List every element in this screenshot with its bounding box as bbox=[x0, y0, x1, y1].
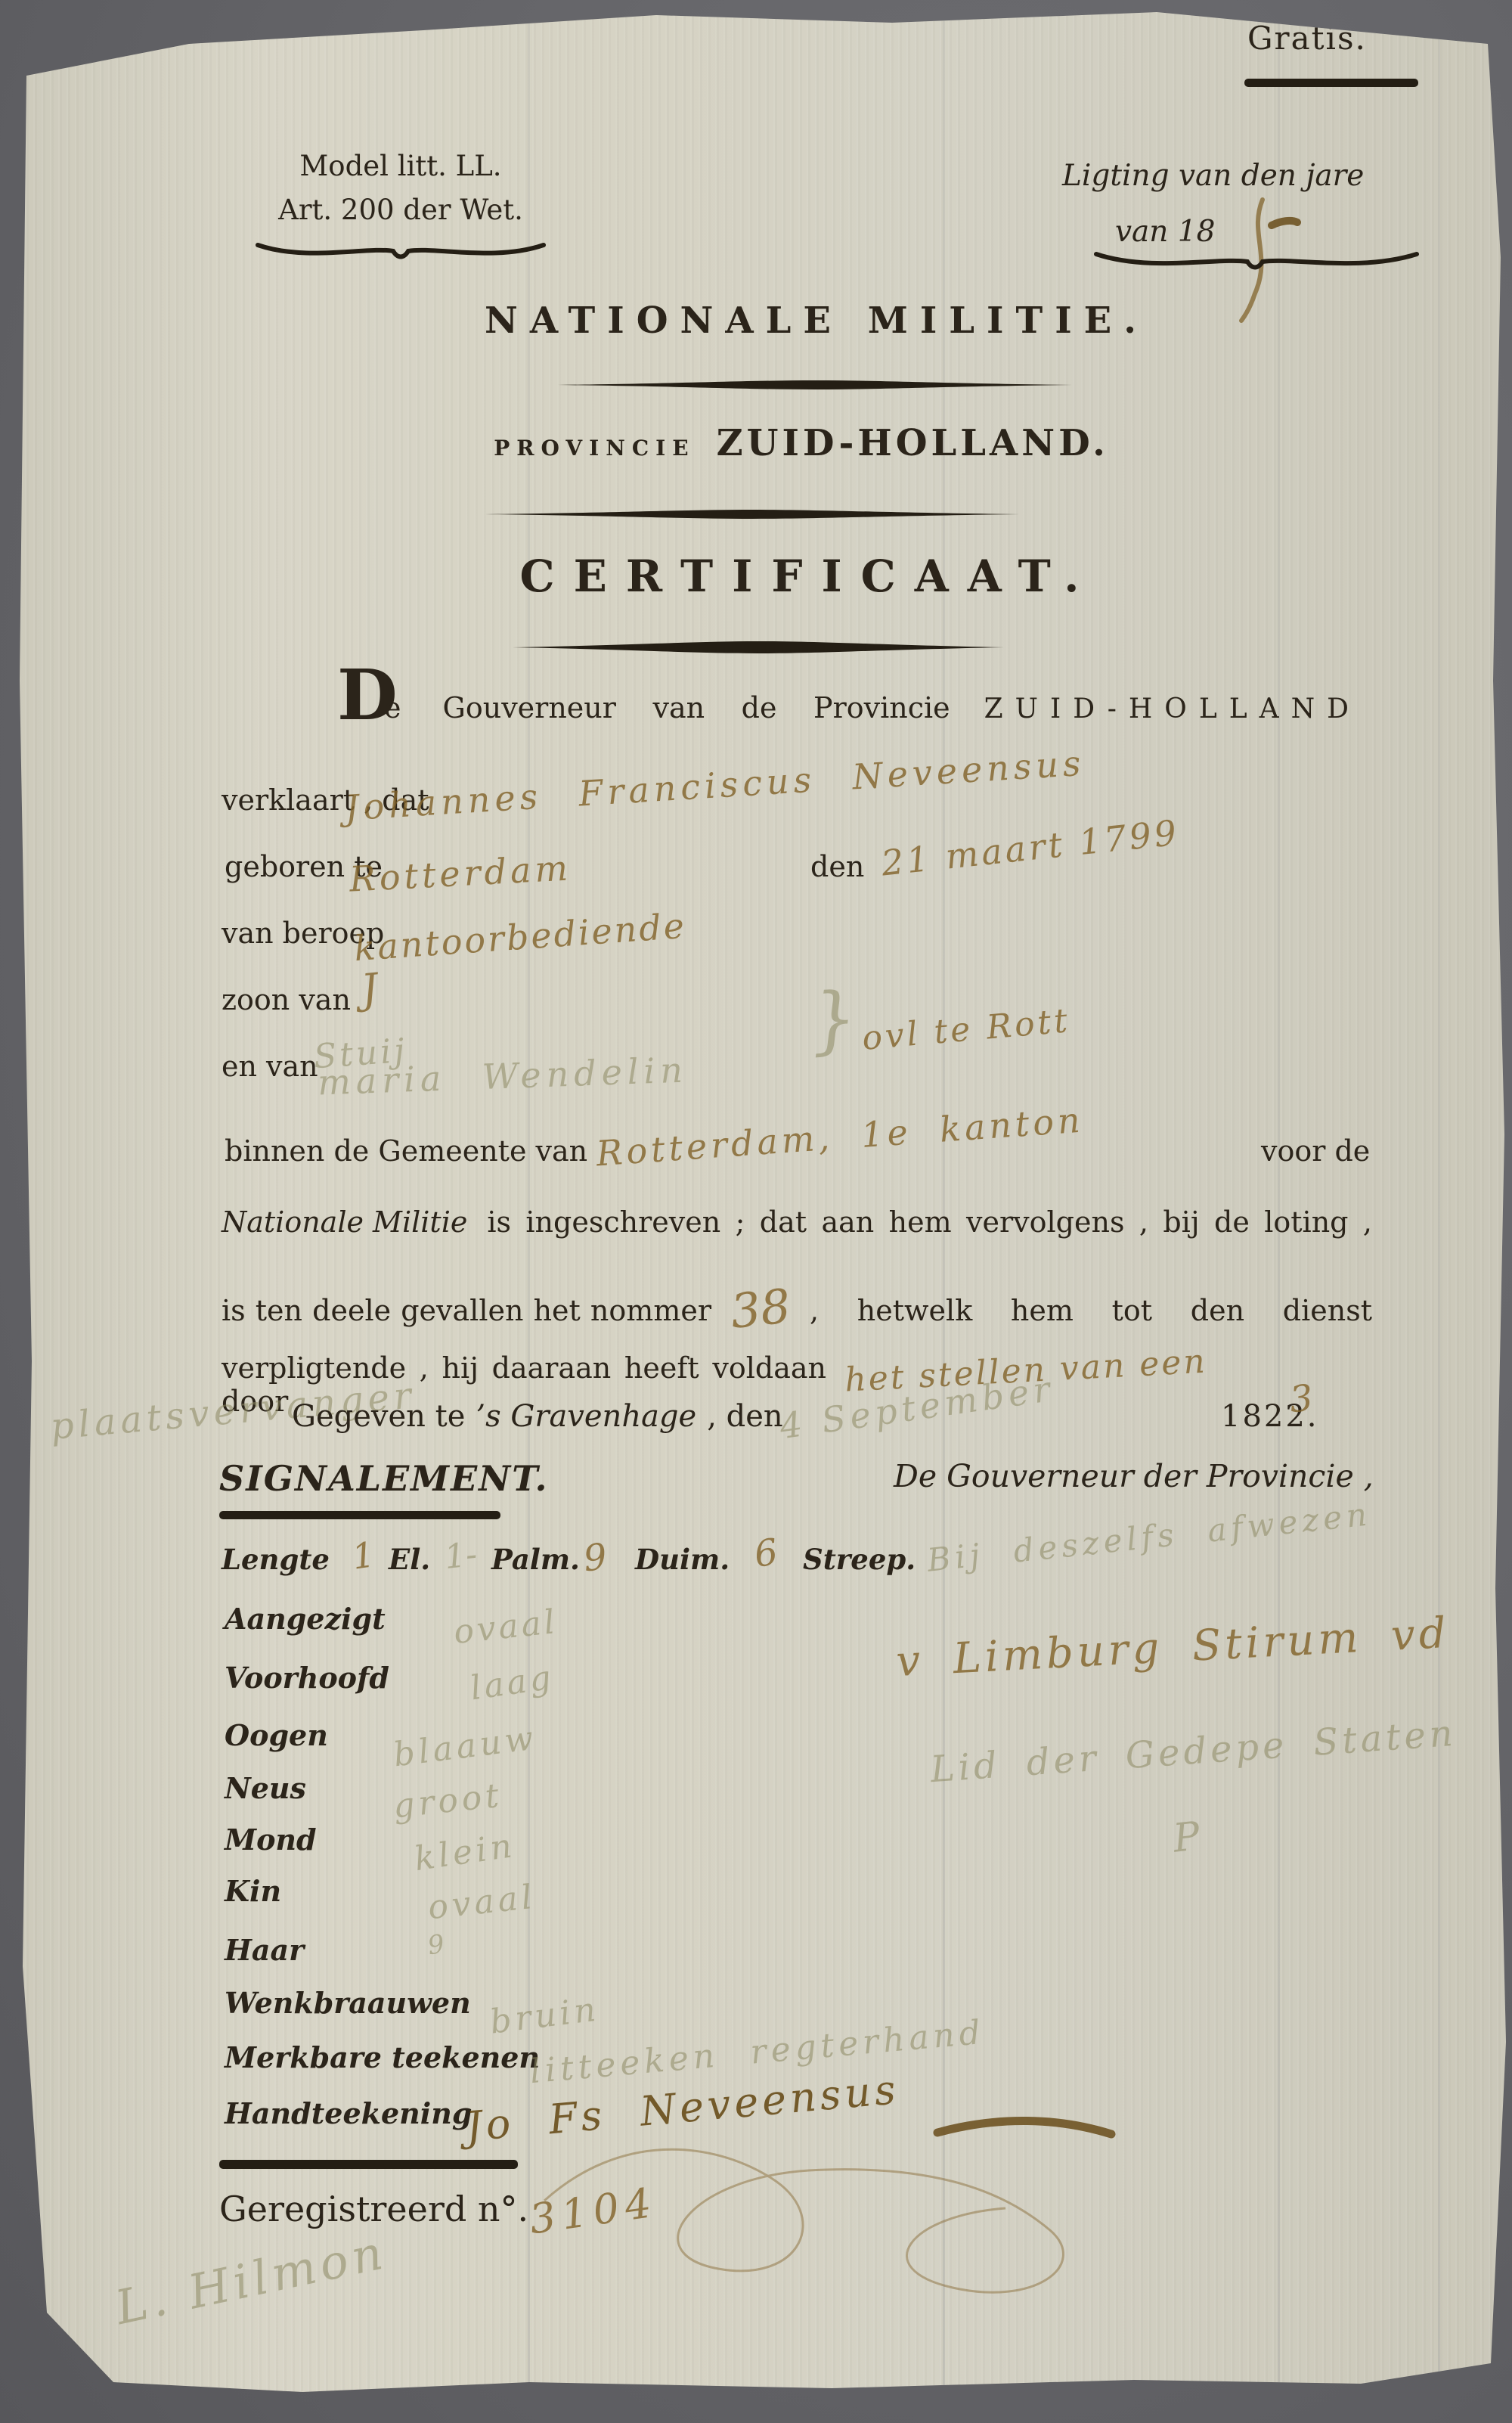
gratis-rule bbox=[1244, 79, 1418, 87]
row-label-handteekening: Handteekening bbox=[225, 2096, 472, 2130]
zoon-van-label: zoon van bbox=[222, 983, 351, 1016]
el-label: El. bbox=[389, 1543, 430, 1576]
gegeven-mid-text: , den bbox=[707, 1399, 782, 1434]
gouverneur-der-provincie-label: De Gouverneur der Provincie , bbox=[894, 1458, 1374, 1494]
province-prefix: PROVINCIE bbox=[494, 436, 695, 461]
duim-label: Duim. bbox=[635, 1543, 730, 1576]
row-label-kin: Kin bbox=[225, 1874, 281, 1908]
en-van-label: en van bbox=[222, 1050, 318, 1083]
row-label-mond: Mond bbox=[225, 1823, 317, 1857]
deputy-initial-handwritten: P bbox=[1171, 1813, 1202, 1861]
dropcap-e: e bbox=[384, 691, 401, 724]
geregistreerd-label: Geregistreerd n°. bbox=[219, 2189, 528, 2229]
palm-label: Palm. bbox=[491, 1543, 580, 1576]
title-nationale-militie: NATIONALE MILITIE. bbox=[393, 299, 1240, 342]
gratis-label: Gratis. bbox=[1247, 20, 1367, 57]
row-label-haar: Haar bbox=[225, 1933, 304, 1967]
opening-text: Gouverneur van de Provincie bbox=[401, 691, 984, 724]
opening-line: e Gouverneur van de Provincie ZUID-HOLLA… bbox=[384, 691, 1361, 724]
province-name: ZUID-HOLLAND. bbox=[717, 422, 1109, 464]
militie-line: Nationale Militie is ingeschreven ; dat … bbox=[222, 1205, 1372, 1239]
den-label: den bbox=[810, 850, 864, 883]
lengte-label: Lengte bbox=[222, 1543, 330, 1576]
ligting-line2: van 18 bbox=[1115, 215, 1215, 249]
gegeven-pre-text: Gegeven te bbox=[292, 1399, 465, 1434]
parents-brace-handwritten: } bbox=[807, 976, 860, 1063]
swelled-rule bbox=[513, 641, 1004, 653]
year-overwrite-handwritten: 3 bbox=[1287, 1377, 1315, 1422]
nommer-pre-text: is ten deele gevallen het nommer bbox=[222, 1294, 711, 1327]
footer-rule bbox=[219, 2160, 518, 2169]
row-label-wenkbraauwen: Wenkbraauwen bbox=[225, 1986, 471, 2020]
title-certificaat: CERTIFICAAT. bbox=[393, 551, 1225, 602]
scan-background: { "header": { "gratis": "Gratis.", "mode… bbox=[0, 0, 1512, 2423]
paper-crease bbox=[1438, 0, 1440, 2423]
voor-de-label: voor de bbox=[1261, 1134, 1370, 1168]
title-province-line: PROVINCIE ZUID-HOLLAND. bbox=[378, 422, 1225, 464]
gegeven-place-text: ’s Gravenhage bbox=[476, 1399, 696, 1434]
ligting-line1: Ligting van den jare bbox=[1062, 159, 1364, 193]
lot-number-handwritten: 38 bbox=[709, 1276, 813, 1341]
document-paper: Gratis. Model litt. LL. Art. 200 der Wet… bbox=[0, 0, 1512, 2423]
row-label-oogen: Oogen bbox=[225, 1718, 328, 1752]
row-label-neus: Neus bbox=[225, 1771, 306, 1805]
militie-italic-text: Nationale Militie bbox=[222, 1205, 467, 1239]
opening-province: ZUID-HOLLAND bbox=[984, 693, 1361, 724]
swelled-rule bbox=[485, 510, 1019, 519]
streep-label: Streep. bbox=[803, 1543, 916, 1576]
brace-ornament bbox=[1090, 248, 1423, 278]
row-label-voorhoofd: Voorhoofd bbox=[225, 1661, 389, 1695]
model-ref-line2: Art. 200 der Wet. bbox=[242, 194, 559, 226]
duim-value-handwritten: 9 bbox=[581, 1536, 609, 1581]
brace-ornament bbox=[253, 239, 548, 268]
row-label-aangezigt: Aangezigt bbox=[225, 1602, 386, 1636]
militie-rest-text: is ingeschreven ; dat aan hem vervolgens… bbox=[487, 1205, 1372, 1239]
row-label-merkbare-teekenen: Merkbare teekenen bbox=[225, 2040, 540, 2074]
swelled-rule bbox=[558, 380, 1072, 389]
signalement-rule bbox=[219, 1511, 500, 1519]
nommer-line: is ten deele gevallen het nommer 38 , he… bbox=[222, 1277, 1372, 1332]
model-ref-line1: Model litt. LL. bbox=[242, 150, 559, 182]
nommer-post-text: , hetwelk hem tot den dienst bbox=[810, 1294, 1372, 1327]
gemeente-label: binnen de Gemeente van bbox=[225, 1134, 587, 1168]
gegeven-line: Gegeven te ’s Gravenhage , den bbox=[292, 1399, 783, 1434]
palm-value-handwritten: 1- bbox=[442, 1535, 479, 1577]
signalement-title: SIGNALEMENT. bbox=[219, 1458, 549, 1499]
